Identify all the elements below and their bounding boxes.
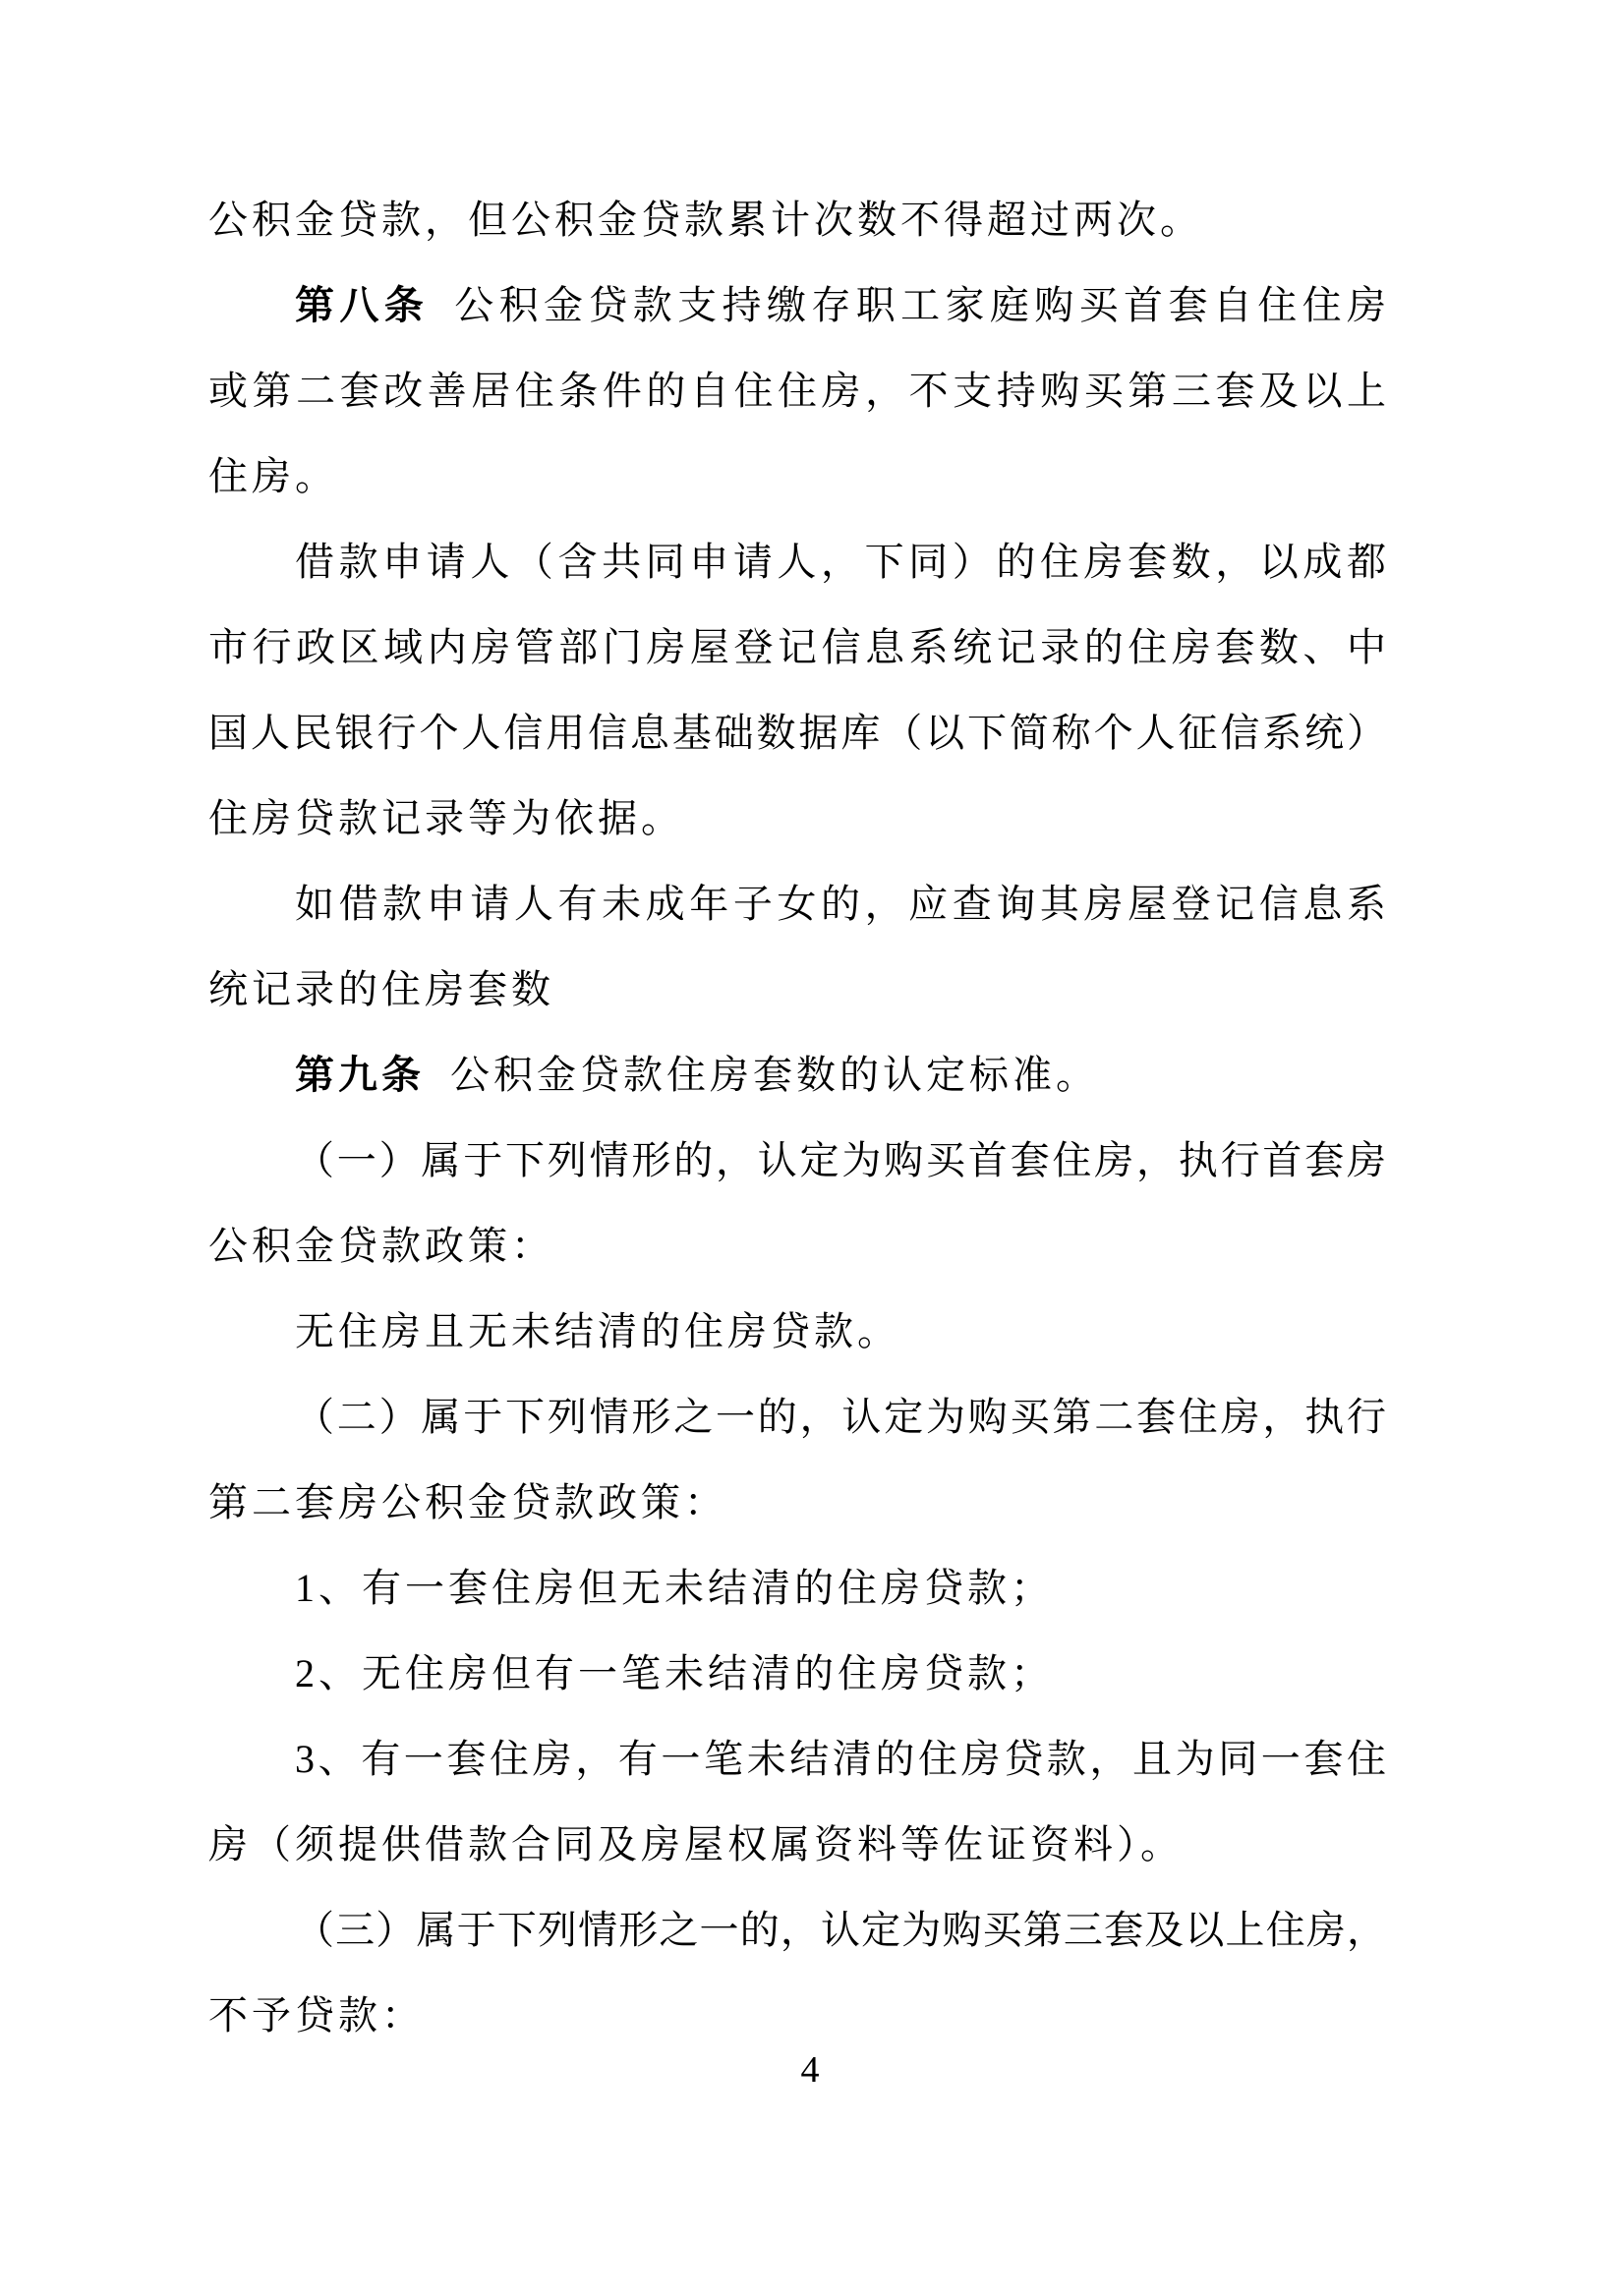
text-line: 公积金贷款，但公积金贷款累计次数不得超过两次。 xyxy=(208,177,1386,262)
text-line: 房（须提供借款合同及房屋权属资料等佐证资料）。 xyxy=(208,1802,1386,1887)
line-text: 或第二套改善居住条件的自住住房，不支持购买第三套及以上 xyxy=(208,369,1386,413)
document-page: 公积金贷款，但公积金贷款累计次数不得超过两次。 第八条公积金贷款支持缴存职工家庭… xyxy=(0,0,1620,2296)
line-text: 公积金贷款政策： xyxy=(208,1224,554,1268)
line-text: 如借款申请人有未成年子女的，应查询其房屋登记信息系 xyxy=(295,882,1386,926)
line-text: （二）属于下列情形之一的，认定为购买第二套住房，执行 xyxy=(295,1395,1386,1439)
text-line: 住房。 xyxy=(208,433,1386,519)
text-line: 第九条公积金贷款住房套数的认定标准。 xyxy=(208,1032,1386,1118)
line-text: 无住房且无未结清的住房贷款。 xyxy=(295,1309,900,1353)
line-text: 2、无住房但有一笔未结清的住房贷款； xyxy=(295,1651,1054,1695)
text-line: 2、无住房但有一笔未结清的住房贷款； xyxy=(208,1631,1386,1716)
text-line: 市行政区域内房管部门房屋登记信息系统记录的住房套数、中 xyxy=(208,604,1386,690)
text-line: 第八条公积金贷款支持缴存职工家庭购买首套自住住房 xyxy=(208,262,1386,348)
line-text: 公积金贷款，但公积金贷款累计次数不得超过两次。 xyxy=(208,198,1203,242)
line-text: 住房贷款记录等为依据。 xyxy=(208,796,684,840)
line-text: 住房。 xyxy=(208,454,338,498)
line-text: 公积金贷款支持缴存职工家庭购买首套自住住房 xyxy=(454,283,1386,327)
line-text: 市行政区域内房管部门房屋登记信息系统记录的住房套数、中 xyxy=(208,625,1386,669)
page-number: 4 xyxy=(0,2046,1620,2094)
line-text: 借款申请人（含共同申请人，下同）的住房套数，以成都 xyxy=(295,540,1386,584)
line-text: （三）属于下列情形之一的，认定为购买第三套及以上住房， xyxy=(295,1908,1386,1952)
text-line: 或第二套改善居住条件的自住住房，不支持购买第三套及以上 xyxy=(208,348,1386,433)
article-number-term: 第八条 xyxy=(295,284,429,327)
text-line: 1、有一套住房但无未结清的住房贷款； xyxy=(208,1545,1386,1631)
text-line: （一）属于下列情形的，认定为购买首套住房，执行首套房 xyxy=(208,1118,1386,1203)
line-text: 1、有一套住房但无未结清的住房贷款； xyxy=(295,1566,1054,1610)
text-line: 国人民银行个人信用信息基础数据库（以下简称个人征信系统） xyxy=(208,690,1386,775)
document-body: 公积金贷款，但公积金贷款累计次数不得超过两次。 第八条公积金贷款支持缴存职工家庭… xyxy=(208,177,1386,2058)
line-text: 国人民银行个人信用信息基础数据库（以下简称个人征信系统） xyxy=(208,711,1386,755)
text-line: 第二套房公积金贷款政策： xyxy=(208,1460,1386,1545)
article-number-term: 第九条 xyxy=(295,1054,425,1097)
text-line: 统记录的住房套数 xyxy=(208,947,1386,1032)
text-line: 借款申请人（含共同申请人，下同）的住房套数，以成都 xyxy=(208,519,1386,604)
text-line: 公积金贷款政策： xyxy=(208,1203,1386,1289)
line-text: 第二套房公积金贷款政策： xyxy=(208,1480,727,1524)
line-text: 3、有一套住房，有一笔未结清的住房贷款，且为同一套住 xyxy=(295,1737,1386,1781)
line-text: （一）属于下列情形的，认定为购买首套住房，执行首套房 xyxy=(295,1138,1386,1182)
line-text: 统记录的住房套数 xyxy=(208,967,554,1011)
text-line: 无住房且无未结清的住房贷款。 xyxy=(208,1289,1386,1374)
line-text: 公积金贷款住房套数的认定标准。 xyxy=(450,1053,1099,1097)
text-line: （三）属于下列情形之一的，认定为购买第三套及以上住房， xyxy=(208,1887,1386,1973)
text-line: 不予贷款： xyxy=(208,1973,1386,2058)
text-line: （二）属于下列情形之一的，认定为购买第二套住房，执行 xyxy=(208,1374,1386,1460)
line-text: 房（须提供借款合同及房屋权属资料等佐证资料）。 xyxy=(208,1822,1184,1866)
text-line: 3、有一套住房，有一笔未结清的住房贷款，且为同一套住 xyxy=(208,1716,1386,1802)
text-line: 如借款申请人有未成年子女的，应查询其房屋登记信息系 xyxy=(208,861,1386,947)
text-line: 住房贷款记录等为依据。 xyxy=(208,775,1386,861)
line-text: 不予贷款： xyxy=(208,1993,425,2038)
